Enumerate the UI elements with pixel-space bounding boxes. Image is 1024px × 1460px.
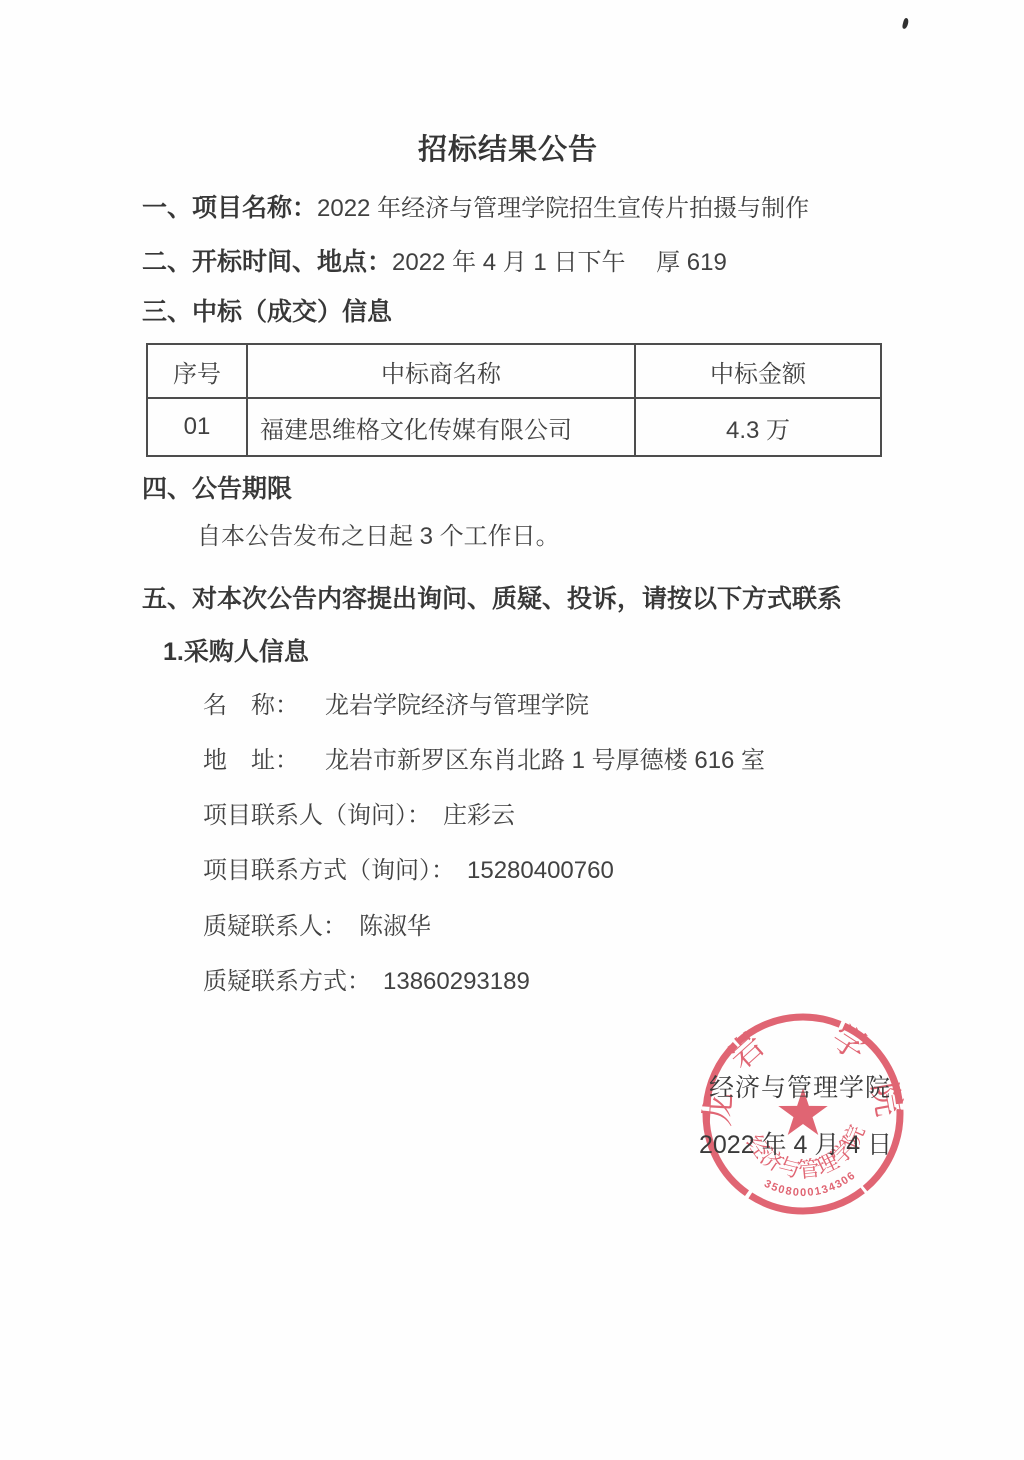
award-table-header-no: 序号 (147, 344, 247, 398)
section-contact-heading: 五、对本次公告内容提出询问、质疑、投诉，请按以下方式联系 (142, 583, 842, 616)
award-row-amount: 4.3 万 (635, 398, 881, 456)
buyer-address-value: 龙岩市新罗区东肖北路 1 号厚德楼 616 室 (325, 747, 765, 774)
project-contact-phone-value: 15280400760 (467, 857, 614, 884)
buyer-info-heading: 1.采购人信息 (163, 636, 309, 669)
award-row-no: 01 (147, 398, 247, 456)
challenge-contact-person-line: 质疑联系人：陈淑华 (203, 911, 431, 942)
scanned-document-page: 招标结果公告 一、项目名称：2022 年经济与管理学院招生宣传片拍摄与制作 二、… (0, 0, 1024, 1460)
project-contact-person-value: 庄彩云 (443, 802, 515, 829)
project-contact-person-line: 项目联系人（询问）：庄彩云 (203, 800, 515, 831)
project-contact-phone-label: 项目联系方式（询问）： (203, 857, 455, 884)
section-opening-time-label: 二、开标时间、地点： (142, 248, 392, 276)
buyer-name-label: 名 称： (203, 692, 299, 719)
challenge-contact-person-label: 质疑联系人： (203, 913, 347, 940)
award-table-header-winner: 中标商名称 (247, 344, 635, 398)
seal-ring-char-2: 岩 (721, 1026, 772, 1077)
official-seal: 龙 岩 学 院 经济与管理学院 3508000134306 (693, 1004, 913, 1224)
period-body: 自本公告发布之日起 3 个工作日。 (197, 521, 560, 552)
section-opening-time-value: 2022 年 4 月 1 日下午 厚 619 (392, 249, 727, 276)
award-row-winner: 福建思维格文化传媒有限公司 (247, 398, 635, 456)
award-table-header-amount: 中标金额 (635, 344, 881, 398)
challenge-contact-phone-line: 质疑联系方式：13860293189 (203, 966, 530, 997)
buyer-name-line: 名 称：龙岩学院经济与管理学院 (203, 690, 589, 721)
section-project-name: 一、项目名称：2022 年经济与管理学院招生宣传片拍摄与制作 (142, 192, 809, 225)
seal-ring-char-3: 学 (824, 1018, 873, 1068)
buyer-name-value: 龙岩学院经济与管理学院 (325, 692, 589, 719)
signature-date: 2022 年 4 月 4 日 (699, 1129, 892, 1162)
project-contact-phone-line: 项目联系方式（询问）：15280400760 (203, 855, 614, 886)
section-project-name-label: 一、项目名称： (142, 194, 317, 222)
section-opening-time: 二、开标时间、地点：2022 年 4 月 1 日下午 厚 619 (142, 246, 727, 279)
section-project-name-value: 2022 年经济与管理学院招生宣传片拍摄与制作 (317, 195, 809, 222)
challenge-contact-phone-value: 13860293189 (383, 968, 530, 995)
award-table: 序号 中标商名称 中标金额 01 福建思维格文化传媒有限公司 4.3 万 (146, 343, 882, 457)
scan-speck (902, 18, 910, 30)
project-contact-person-label: 项目联系人（询问）： (203, 802, 431, 829)
challenge-contact-person-value: 陈淑华 (359, 913, 431, 940)
signature-org: 经济与管理学院 (709, 1072, 891, 1105)
buyer-address-label: 地 址： (203, 747, 299, 774)
buyer-address-line: 地 址：龙岩市新罗区东肖北路 1 号厚德楼 616 室 (203, 745, 765, 776)
award-table-row: 01 福建思维格文化传媒有限公司 4.3 万 (147, 398, 881, 456)
section-award-info-heading: 三、中标（成交）信息 (142, 296, 392, 329)
section-period-heading: 四、公告期限 (142, 473, 292, 506)
challenge-contact-phone-label: 质疑联系方式： (203, 968, 371, 995)
page-title: 招标结果公告 (0, 132, 1016, 170)
award-table-header-row: 序号 中标商名称 中标金额 (147, 344, 881, 398)
